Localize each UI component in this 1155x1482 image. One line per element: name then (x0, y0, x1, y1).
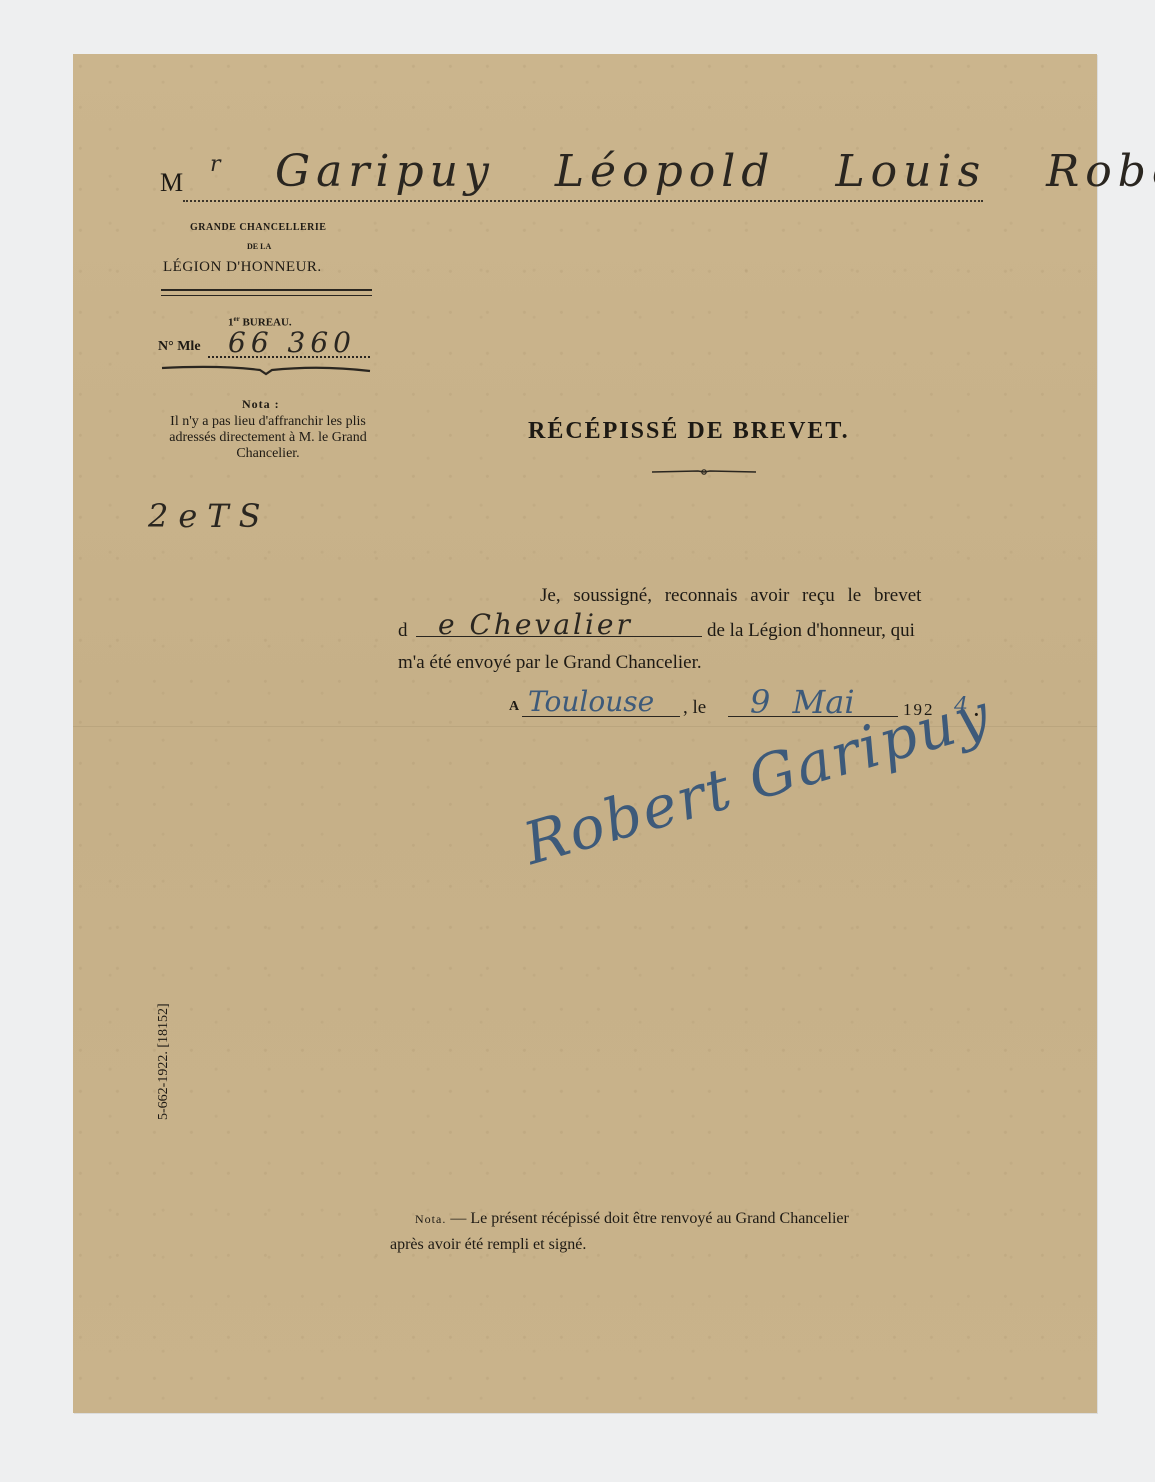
rank-handwritten: e Chevalier (438, 608, 633, 641)
place-handwritten: Toulouse (528, 685, 654, 718)
recipient-name-handwritten: Garipuy Léopold Louis Robert (275, 146, 1155, 197)
header-de-la: DE LA (247, 242, 271, 251)
footer-nota-text: — Le présent récépissé doit être renvoyé… (446, 1210, 849, 1227)
nota-body: Il n'y a pas lieu d'affranchir les plis … (158, 414, 378, 462)
document-title: RÉCÉPISSÉ DE BREVET. (528, 418, 850, 445)
bureau-number-suffix: er (234, 315, 240, 323)
recipient-title-mark: r (210, 152, 221, 177)
header-grande-chancellerie: GRANDE CHANCELLERIE (190, 222, 326, 233)
footer-nota-line-1: Nota. — Le présent récépissé doit être r… (415, 1210, 849, 1228)
body-line-2-prefix: d (398, 620, 408, 642)
matricule-value-handwritten: 66 360 (228, 326, 356, 359)
place-prefix: A (509, 699, 519, 715)
body-line-1: Je, soussigné, reconnais avoir reçu le b… (540, 585, 921, 607)
matricule-label: N° Mle (158, 339, 201, 355)
recipient-prefix: M (160, 168, 183, 198)
header-legion-honneur: LÉGION D'HONNEUR. (163, 259, 322, 276)
footer-nota-line-2: après avoir été rempli et signé. (390, 1236, 586, 1254)
handwritten-code-annotation: 2eTS (148, 497, 271, 535)
header-double-rule (161, 289, 372, 296)
title-ornament-divider (652, 468, 756, 476)
printer-side-code: 5-662-1922. [18152] (156, 1003, 172, 1120)
body-line-2-suffix: de la Légion d'honneur, qui (707, 620, 915, 642)
ornamental-swash-divider (160, 363, 372, 377)
body-line-3: m'a été envoyé par le Grand Chancelier. (398, 652, 702, 674)
footer-nota-label: Nota. (415, 1212, 446, 1226)
recipient-dotted-line (183, 200, 983, 202)
date-handwritten: 9 Mai (750, 683, 855, 721)
nota-title: Nota : (242, 397, 280, 412)
date-prefix: , le (683, 697, 706, 719)
